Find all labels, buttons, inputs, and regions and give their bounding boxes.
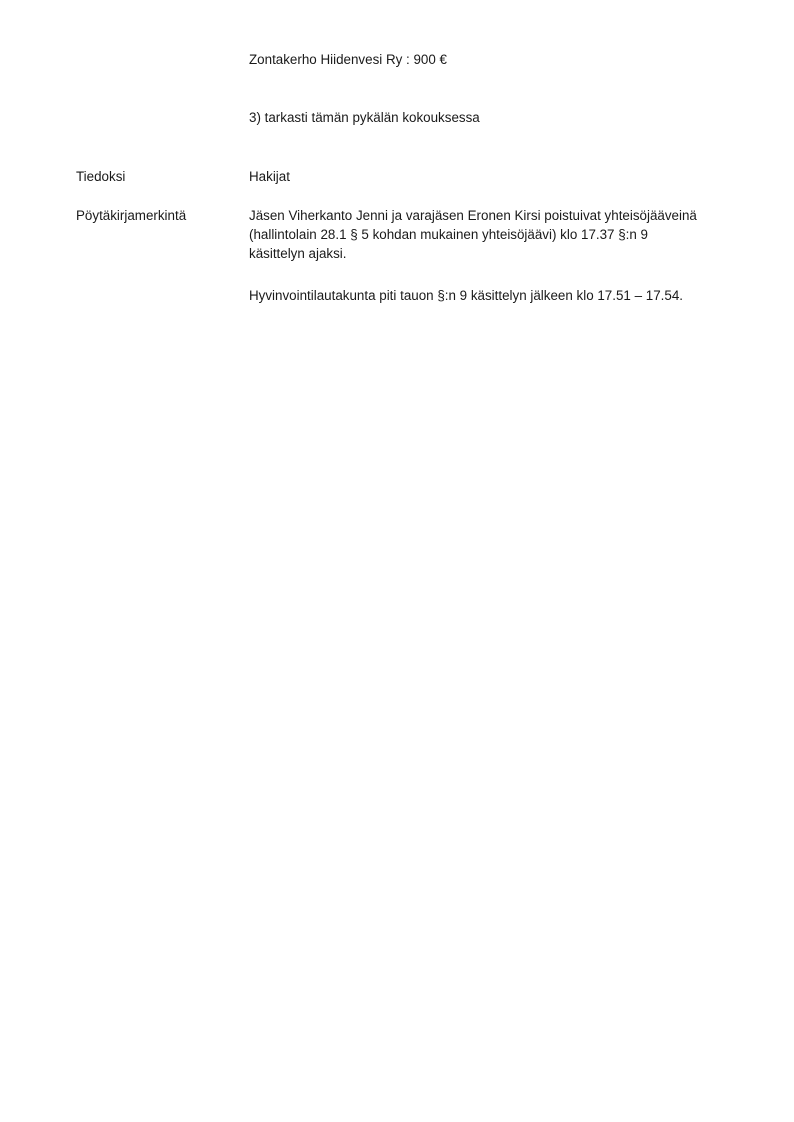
minutes-note-line-2: (hallintolain 28.1 § 5 kohdan mukainen y… — [249, 225, 648, 244]
decision-item-3: 3) tarkasti tämän pykälän kokouksessa — [249, 108, 480, 127]
grant-line: Zontakerho Hiidenvesi Ry : 900 € — [249, 50, 447, 69]
section-label-poytakirjamerkinta: Pöytäkirjamerkintä — [76, 206, 186, 225]
minutes-note-break: Hyvinvointilautakunta piti tauon §:n 9 k… — [249, 286, 683, 305]
minutes-note-line-1: Jäsen Viherkanto Jenni ja varajäsen Eron… — [249, 206, 697, 225]
minutes-note-line-3: käsittelyn ajaksi. — [249, 244, 347, 263]
section-label-tiedoksi: Tiedoksi — [76, 167, 125, 186]
section-text-tiedoksi: Hakijat — [249, 167, 290, 186]
